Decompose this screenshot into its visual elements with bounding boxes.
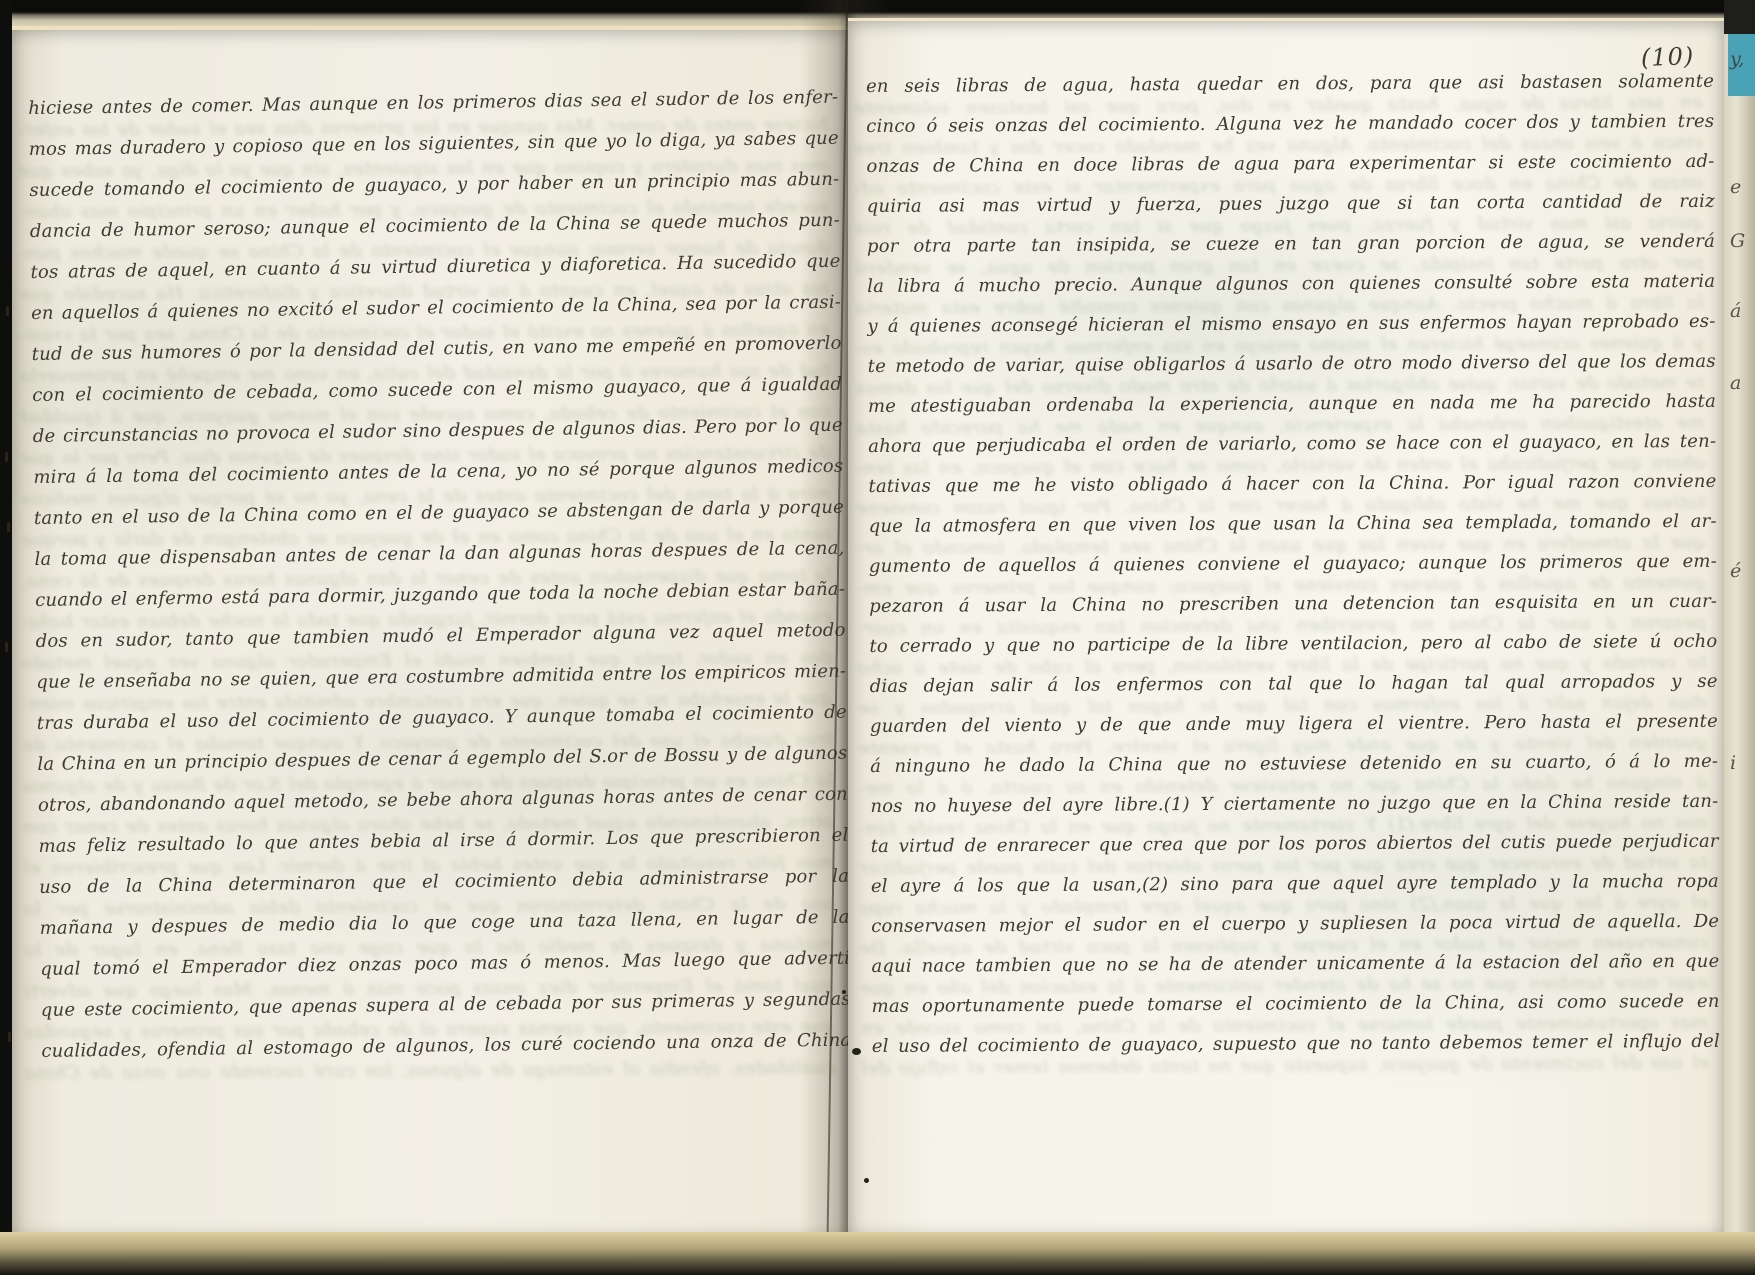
ink-blot <box>852 1048 861 1055</box>
manuscript-line: aqui nace tambien que no se ha de atende… <box>871 942 1719 987</box>
manuscript-line: dias dejan salir á los enfermos con tal … <box>870 662 1718 707</box>
margin-mark <box>5 452 8 462</box>
manuscript-line: ta virtud de enrarecer que crea que por … <box>871 822 1719 867</box>
manuscript-left-page: hiciese antes de comer. Mas aunque en lo… <box>12 26 848 1240</box>
margin-mark <box>6 306 9 316</box>
ink-blot <box>842 990 846 994</box>
manuscript-line: te metodo de variar, quise obligarlos á … <box>868 342 1716 387</box>
manuscript-line: que la atmosfera en que viven los que us… <box>869 502 1717 547</box>
manuscript-line: cinco ó seis onzas del cocimiento. Algun… <box>866 102 1714 147</box>
manuscript-scan: hiciese antes de comer. Mas aunque en lo… <box>0 0 1755 1275</box>
scan-left-edge <box>0 0 12 1275</box>
manuscript-line: la libra á mucho precio. Aunque algunos … <box>867 262 1715 307</box>
manuscript-line: conservasen mejor el sudor en el cuerpo … <box>871 902 1719 947</box>
manuscript-line: por otra parte tan insipida, se cueze en… <box>867 222 1715 267</box>
next-page-text-fragment: a <box>1730 372 1741 394</box>
next-page-text-fragment: y, <box>1730 48 1744 70</box>
manuscript-line: en seis libras de agua, hasta quedar en … <box>866 62 1714 107</box>
right-page-text: en seis libras de agua, hasta quedar en … <box>848 16 1731 1239</box>
manuscript-line: y á quienes aconsegé hicieran el mismo e… <box>867 302 1715 347</box>
manuscript-line: quiria asi mas virtud y fuerza, pues juz… <box>867 182 1715 227</box>
manuscript-line: el uso del cocimiento de guayaco, supues… <box>872 1022 1720 1067</box>
next-page-text-fragment: G <box>1730 230 1745 252</box>
manuscript-line: to cerrado y que no participe de la libr… <box>869 622 1717 667</box>
manuscript-line: guarden del viento y de que ande muy lig… <box>870 702 1718 747</box>
manuscript-line: me atestiguaban ordenaba la experiencia,… <box>868 382 1716 427</box>
next-page-edge: y,eGáaéi <box>1724 0 1755 1275</box>
manuscript-line: ahora que perjudicaba el orden de variar… <box>868 422 1716 467</box>
manuscript-line: pezaron á usar la China no prescriben un… <box>869 582 1717 627</box>
next-page-text-fragment: é <box>1730 560 1741 582</box>
manuscript-right-page: en seis libras de agua, hasta quedar en … <box>848 18 1724 1239</box>
manuscript-line: á ninguno he dado la China que no estuvi… <box>870 742 1718 787</box>
next-page-text-fragment: á <box>1730 300 1741 322</box>
ink-blot <box>864 1178 869 1183</box>
next-page-text-fragment: i <box>1730 752 1736 774</box>
margin-mark <box>8 1032 11 1042</box>
scan-corner-shadow <box>1724 0 1755 34</box>
left-page-text: hiciese antes de comer. Mas aunque en lo… <box>11 19 864 1241</box>
manuscript-line: tativas que me he visto obligado á hacer… <box>868 462 1716 507</box>
manuscript-line: mas oportunamente puede tomarse el cocim… <box>872 982 1720 1027</box>
manuscript-line: gumento de aquellos á quienes conviene e… <box>869 542 1717 587</box>
book-bottom-page-edges <box>0 1232 1755 1275</box>
margin-mark <box>5 642 8 652</box>
manuscript-line: nos no huyese del ayre libre.(1) Y ciert… <box>870 782 1718 827</box>
manuscript-line: el ayre á los que la usan,(2) sino para … <box>871 862 1719 907</box>
next-page-text-fragment: e <box>1730 176 1741 198</box>
margin-mark <box>7 522 10 532</box>
manuscript-line: onzas de China en doce libras de agua pa… <box>866 142 1714 187</box>
